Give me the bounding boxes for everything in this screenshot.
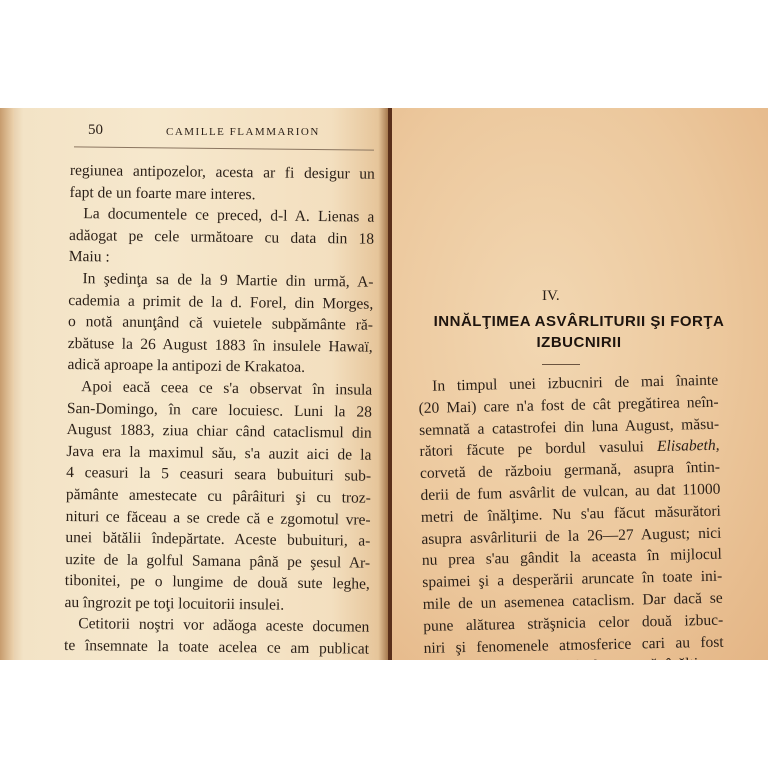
chapter-title-line: INNĂLŢIMEA ASVÂRLITURII ŞI FORŢA — [424, 311, 734, 332]
right-page: IV. INNĂLŢIMEA ASVÂRLITURII ŞI FORŢA IZB… — [392, 108, 768, 660]
page-edge — [0, 108, 14, 660]
right-page-body: In timpul unei izbucniri de mai înainte(… — [418, 370, 724, 660]
left-page: 50 CAMILLE FLAMMARION regiunea antipozel… — [0, 108, 390, 660]
left-page-body: regiunea antipozelor, acesta ar fi desig… — [64, 160, 375, 660]
title-rule — [542, 364, 580, 365]
text-line: In şedinţa sa de la 9 Martie din urmă, A… — [68, 268, 373, 293]
page-number: 50 — [88, 122, 103, 139]
text-line: te însemnate la toate acelea ce am publi… — [64, 635, 369, 660]
chapter-number: IV. — [542, 288, 560, 305]
text-line: pământe amestecate cu pârâituri şi cu tr… — [66, 484, 371, 509]
running-title: CAMILLE FLAMMARION — [166, 126, 320, 138]
text-line: adăogat pe cele următoare cu data din 18 — [69, 225, 374, 250]
running-head: 50 CAMILLE FLAMMARION — [74, 122, 374, 144]
header-rule — [74, 146, 374, 150]
text-line: Apoi eacă ceea ce s'a observat în insula — [67, 376, 372, 401]
text-line: regiunea antipozelor, acesta ar fi desig… — [70, 160, 375, 185]
open-book: 50 CAMILLE FLAMMARION regiunea antipozel… — [0, 108, 768, 660]
chapter-title: INNĂLŢIMEA ASVÂRLITURII ŞI FORŢA IZBUCNI… — [424, 311, 734, 353]
chapter-title-line: IZBUCNIRII — [424, 332, 734, 353]
